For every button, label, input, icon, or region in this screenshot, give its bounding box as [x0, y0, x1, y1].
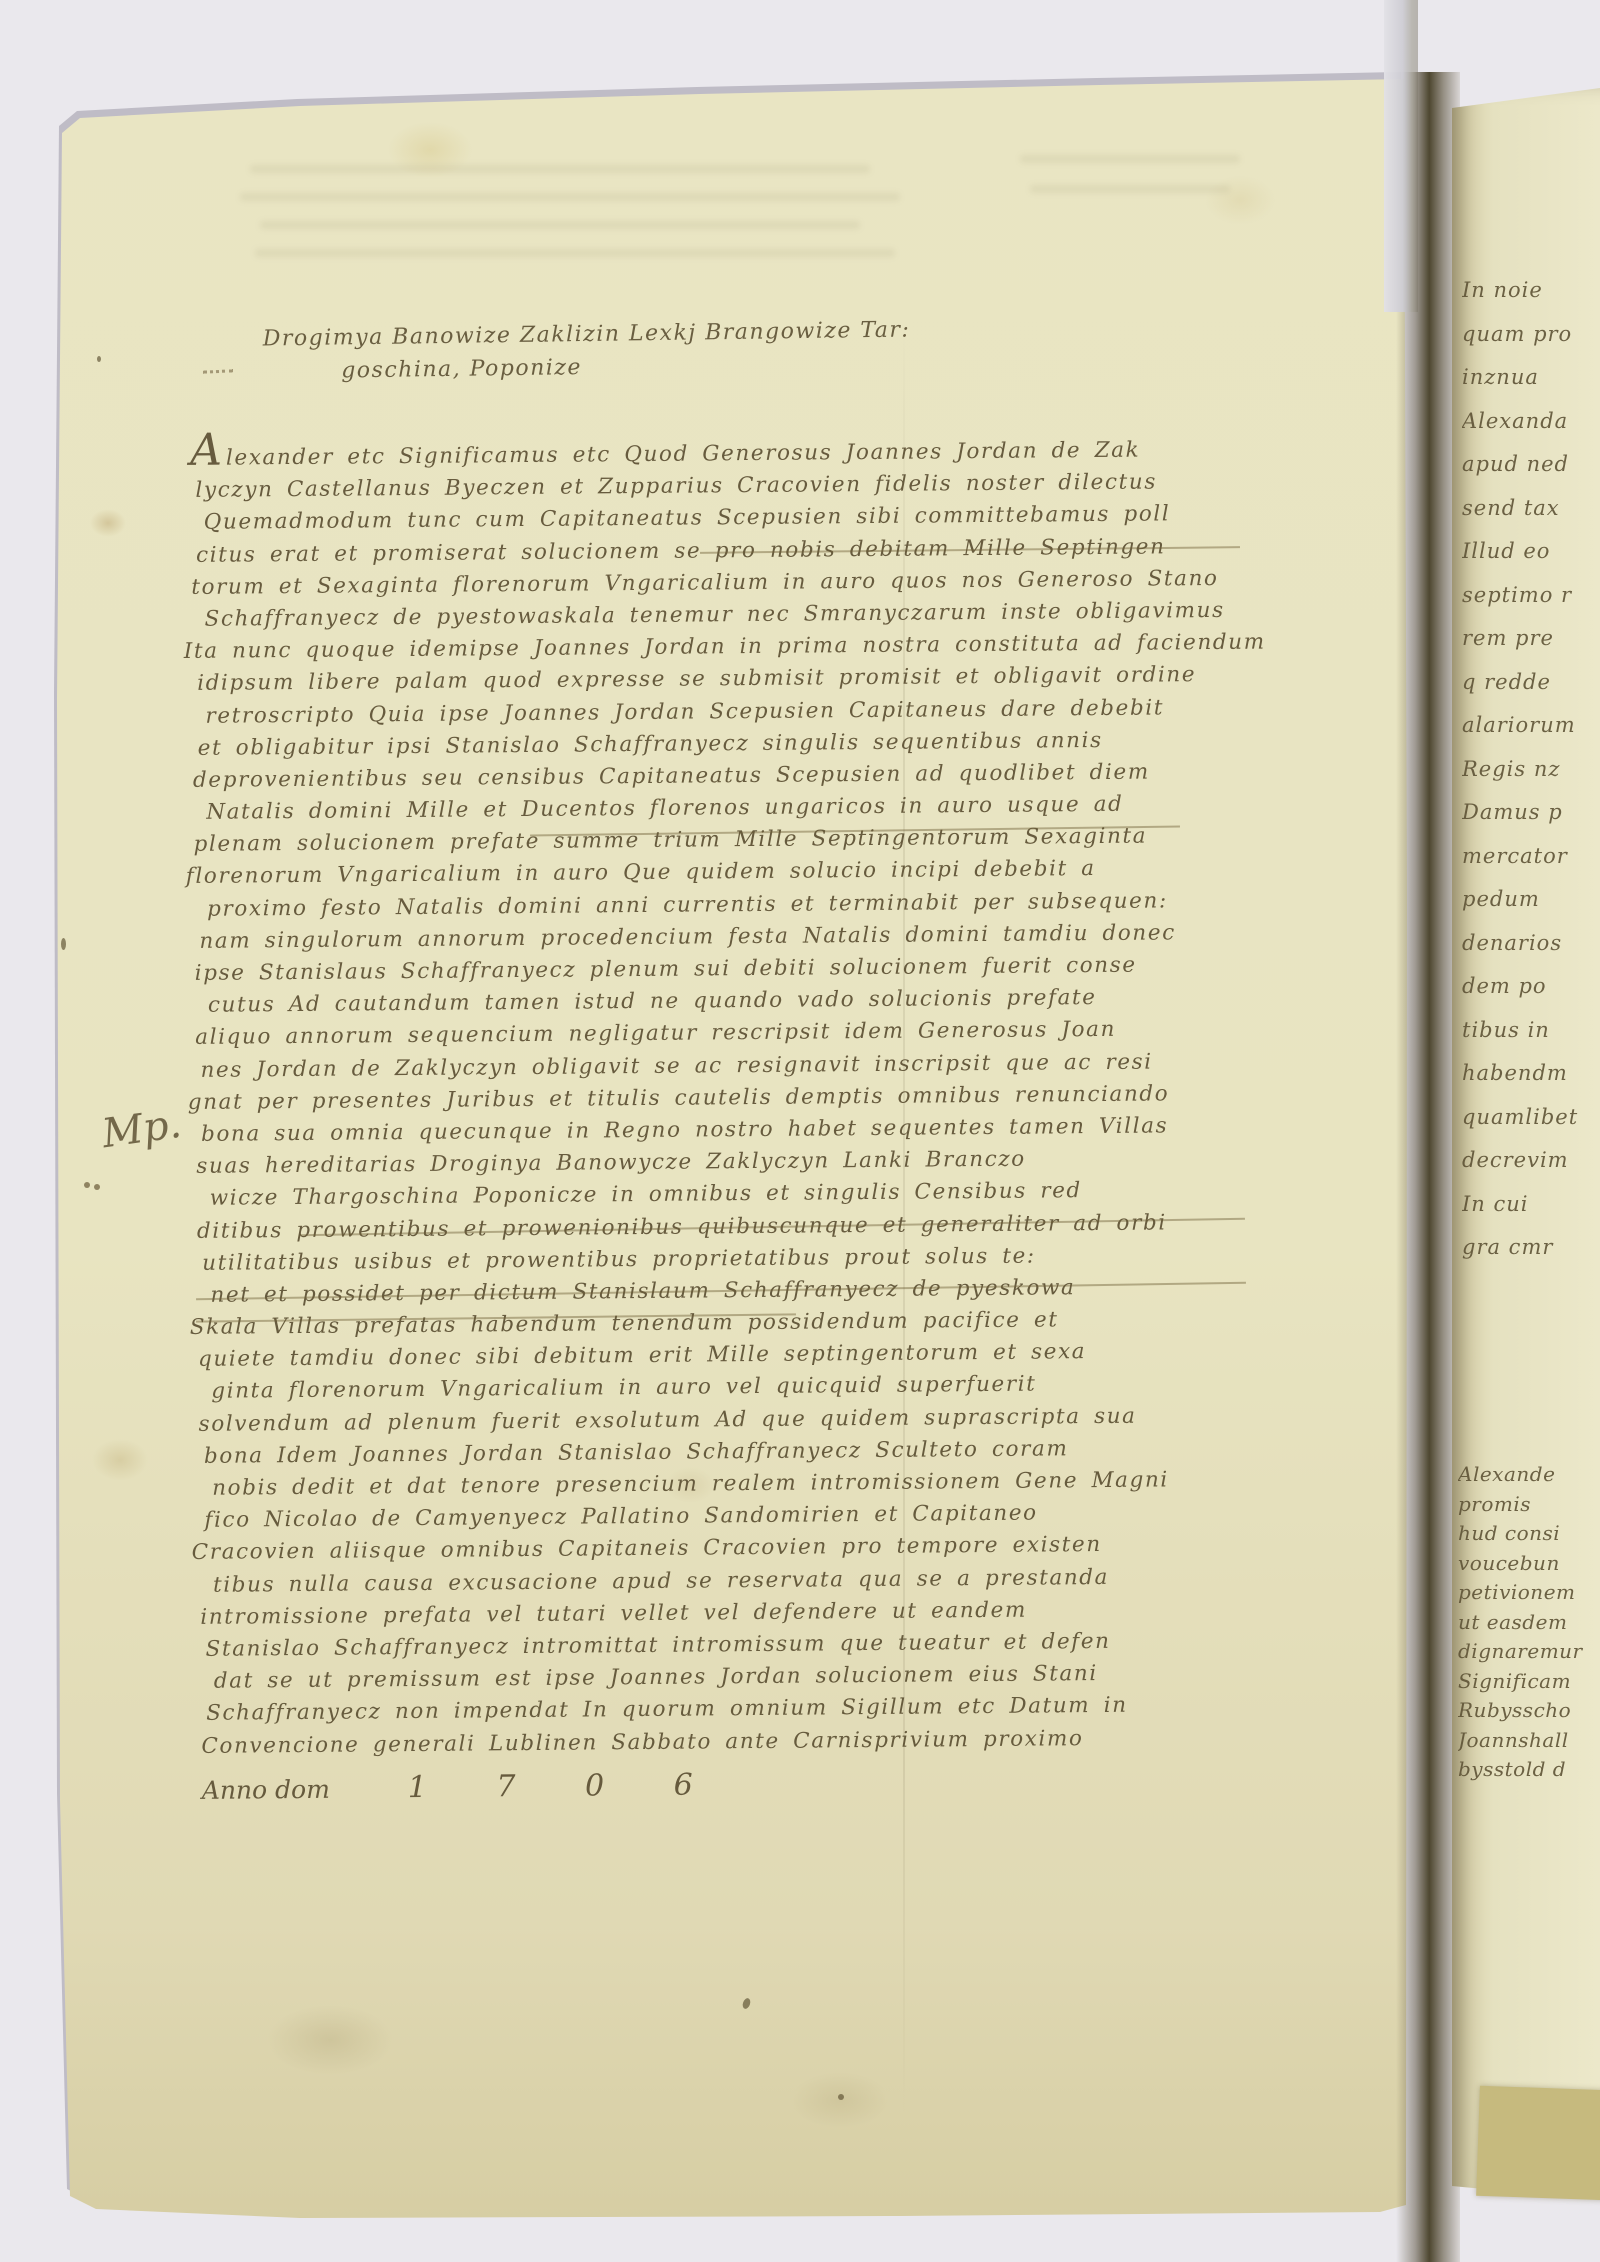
next-page-line: Significam	[1458, 1669, 1600, 1699]
bleedthrough-line	[240, 193, 900, 201]
next-page-line: alariorum	[1462, 713, 1600, 757]
next-page-line: gra cmr	[1462, 1235, 1600, 1279]
year-digits: 1 7 0 6	[408, 1767, 723, 1805]
heading: Drogimya Banowize Zaklizin Lexkj Brangow…	[263, 313, 912, 388]
body-text: Alexander etc Significamus etc Quod Gene…	[190, 436, 1322, 1806]
next-page-line: petivionem	[1458, 1580, 1600, 1610]
binding-gutter	[1396, 72, 1460, 2262]
bleedthrough-line	[255, 249, 895, 257]
next-page-line: habendm	[1462, 1061, 1600, 1105]
bleedthrough-line	[1020, 155, 1240, 163]
next-page-line: Alexande	[1458, 1462, 1600, 1492]
next-page-line: Joannshall	[1458, 1728, 1600, 1758]
next-page-line: quam pro	[1462, 322, 1600, 366]
next-page-line: septimo r	[1462, 583, 1600, 627]
next-page-line: bysstold d	[1458, 1757, 1600, 1787]
next-page-line: In cui	[1462, 1192, 1600, 1236]
next-page-line: Illud eo	[1462, 539, 1600, 583]
next-page-line: voucebun	[1458, 1551, 1600, 1581]
next-page-line: decrevim	[1462, 1148, 1600, 1192]
next-page-line: apud ned	[1462, 452, 1600, 496]
next-page-line: In noie	[1462, 278, 1600, 322]
page-holder-strip	[1384, 0, 1418, 312]
next-page-line: hud consi	[1458, 1521, 1600, 1551]
next-page-line: q redde	[1462, 670, 1600, 714]
ink-speck	[61, 938, 66, 950]
next-page-line: Damus p	[1462, 800, 1600, 844]
next-page-line: inznua	[1462, 365, 1600, 409]
next-page-line: Alexanda	[1462, 409, 1600, 453]
ink-dots	[84, 1182, 102, 1190]
repair-patch	[1476, 2086, 1600, 2200]
next-page-line: ut easdem	[1458, 1610, 1600, 1640]
ink-speck	[838, 2094, 844, 2100]
next-page-line: tibus in	[1462, 1018, 1600, 1062]
next-page-line: rem pre	[1462, 626, 1600, 670]
next-page-line: send tax	[1462, 496, 1600, 540]
next-page-line: Regis nz	[1462, 757, 1600, 801]
manuscript-scan: Drogimya Banowize Zaklizin Lexkj Brangow…	[0, 0, 1600, 2262]
bleedthrough-line	[250, 165, 870, 173]
date-label: Anno dom	[202, 1774, 330, 1804]
next-page-line: Rubysscho	[1458, 1698, 1600, 1728]
next-page-line: quamlibet	[1462, 1105, 1600, 1149]
bleedthrough-line	[1030, 185, 1230, 193]
next-page-line: dignaremur	[1458, 1639, 1600, 1669]
bleedthrough-line	[260, 221, 860, 229]
body-lines: Alexander etc Significamus etc Quod Gene…	[190, 436, 1321, 1765]
ink-speck	[97, 356, 101, 362]
next-page-line: mercator	[1462, 844, 1600, 888]
next-page-line: promis	[1458, 1492, 1600, 1522]
next-page-line: denarios	[1462, 931, 1600, 975]
next-page-line: dem po	[1462, 974, 1600, 1018]
next-page-text-lower: Alexandepromishud consivoucebunpetivione…	[1458, 1462, 1600, 1792]
next-page-text-upper: In noiequam proinznuaAlexandaapud nedsen…	[1462, 278, 1600, 1288]
next-page-line: pedum	[1462, 887, 1600, 931]
